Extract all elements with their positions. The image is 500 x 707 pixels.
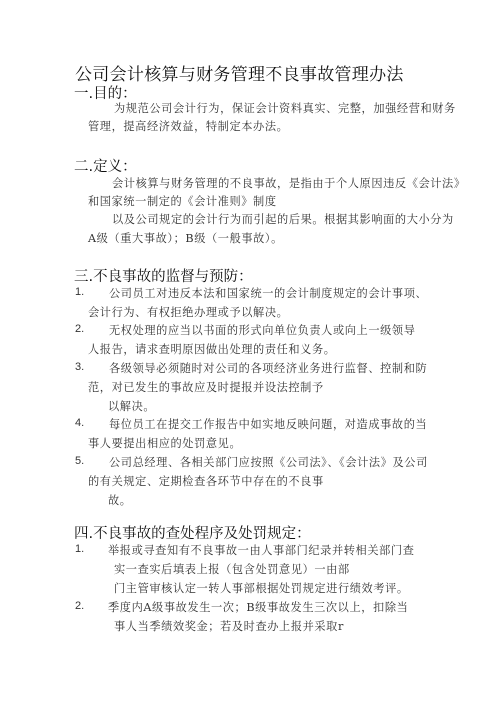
list-item-line: 举报或寻查知有不良事故一由人事部门纪录并转相关部门查: [108, 542, 414, 558]
list-number: 3.: [75, 361, 84, 373]
list-item-line: 公司员工对违反本法和国家统一的会计制度规定的会计事项、: [109, 285, 427, 301]
list-item-line: 人报告，请求查明原因做出处理的责任和义务。: [88, 341, 336, 357]
section-heading-supervision: 三.不良事故的监督与预防：: [74, 265, 253, 286]
list-number: 5.: [75, 455, 84, 467]
document-page: 公司会计核算与财务管理不良事故管理办法 一.目的： 为规范公司会计行为，保证会计…: [0, 0, 500, 707]
list-item-line: 每位员工在提交工作报告中如实地反映问题，对造成事故的当: [109, 416, 427, 432]
list-number: 1.: [75, 286, 84, 298]
list-item-line: 事人当季绩效奖金；若及时查办上报并采取r: [114, 618, 344, 634]
list-number: 2.: [75, 323, 84, 335]
list-item-line: 会计行为、有权拒绝办理或予以解决。: [88, 304, 288, 320]
list-number: 1.: [75, 543, 84, 555]
section-heading-definition: 二.定义：: [74, 155, 137, 176]
paragraph-line: 以及公司规定的会计行为而引起的后果。根据其影响面的大小分为: [112, 211, 454, 227]
paragraph-line: 会计核算与财务管理的不良事故，是指由于个人原因违反《会计法》: [112, 175, 466, 191]
paragraph-line: A级（重大事故）；B级（一般事故）。: [88, 230, 283, 246]
list-item-line: 的有关规定、定期检查各环节中存在的不良事: [88, 473, 324, 489]
list-item-line: 实一查实后填表上报（包含处罚意见）一由部: [114, 561, 350, 577]
list-item-line: 门主管审核认定一转人事部根据处罚规定进行绩效考评。: [114, 580, 409, 596]
paragraph-line: 和国家统一制定的《会计准则》制度: [88, 193, 277, 209]
list-item-line: 季度内A级事故发生一次；B级事故发生三次以上，扣除当: [108, 599, 408, 615]
list-item-line: 无权处理的应当以书面的形式向单位负责人或向上一级领导: [109, 322, 415, 338]
section-heading-procedure: 四.不良事故的查处程序及处罚规定：: [74, 522, 311, 543]
list-item-line: 事人要提出相应的处罚意见。: [88, 435, 241, 451]
list-number: 4.: [75, 417, 84, 429]
paragraph-line: 管理，提高经济效益，特制定本办法。: [88, 118, 288, 134]
list-item-line: 范，对已发生的事故应及时提报并设法控制予: [88, 379, 324, 395]
list-number: 2.: [75, 600, 84, 612]
list-item-line: 故。: [108, 492, 132, 508]
list-item-line: 以解决。: [108, 398, 155, 414]
paragraph-line: 为规范公司会计行为，保证会计资料真实、完整，加强经营和财务: [114, 100, 456, 116]
list-item-line: 各级领导必须随时对公司的各项经济业务进行监督、控制和防: [109, 360, 427, 376]
list-item-line: 公司总经理、各相关部门应按照《公司法》、《会计法》及公司: [109, 454, 428, 470]
